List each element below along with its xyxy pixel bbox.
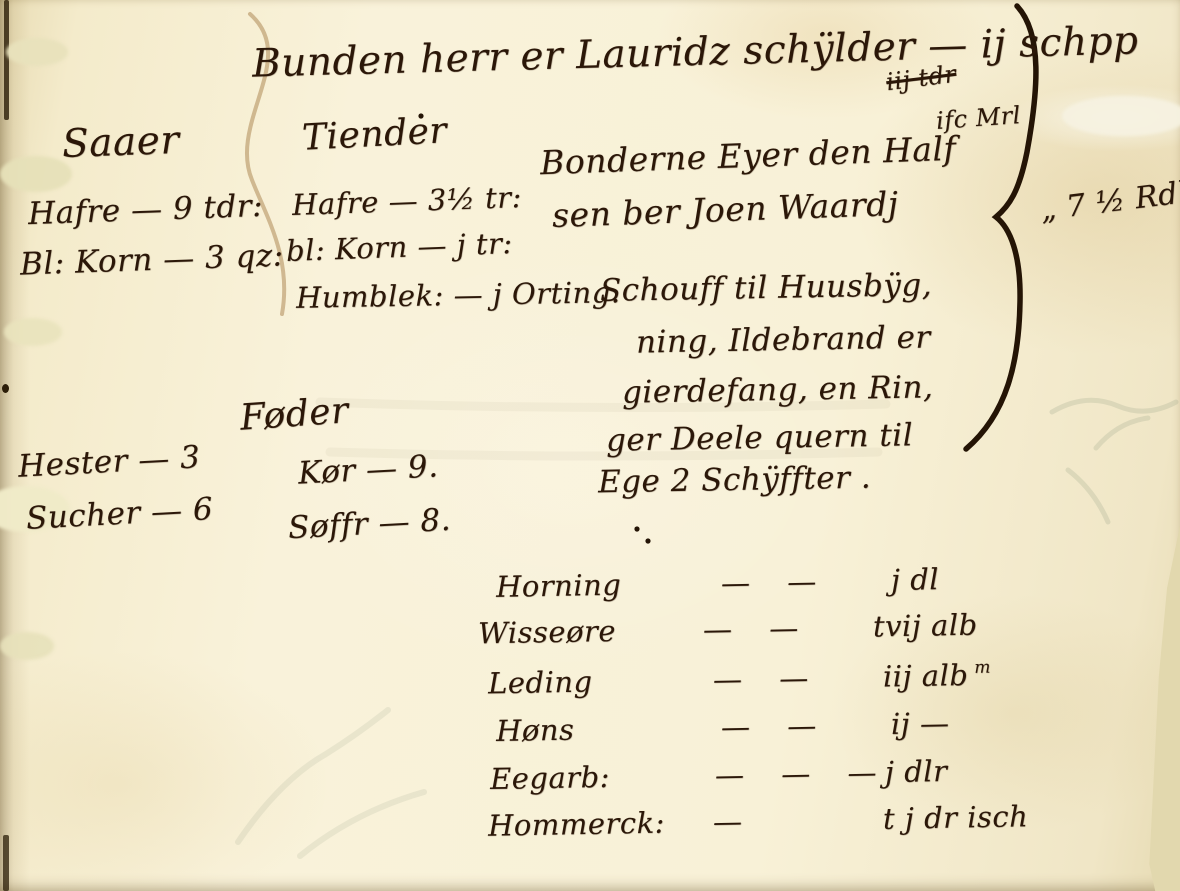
- forest-note-line: gierdefang, en Rin,: [622, 369, 934, 410]
- dues-value: j dl: [891, 562, 940, 597]
- forest-note-line: Schouff til Huusbÿg,: [600, 267, 933, 309]
- dues-value: j dlr: [885, 754, 948, 789]
- paper-patch: [0, 156, 72, 192]
- dues-label: Høns: [496, 710, 722, 748]
- dues-dashes: —: [713, 802, 884, 839]
- item-label: Bl: Korn: [19, 242, 153, 283]
- item-value: j tr:: [456, 226, 513, 262]
- dues-dashes: — —: [713, 659, 884, 696]
- feed-item: Kør — 9.: [297, 448, 439, 491]
- item-label: Hafre: [291, 185, 379, 222]
- dash: —: [365, 450, 398, 488]
- dash: —: [130, 191, 163, 228]
- tithe-item: Humblek: — j Orting.: [296, 275, 621, 315]
- paper-patch: [6, 38, 68, 66]
- dues-dashes: — —: [721, 707, 892, 744]
- dues-label: Hommerck:: [488, 805, 714, 843]
- item-value: 9.: [407, 448, 439, 486]
- dues-value-superscript: m: [974, 658, 991, 678]
- dues-dashes: — —: [721, 563, 892, 600]
- dash: —: [453, 278, 483, 313]
- paper-patch: [4, 318, 62, 346]
- item-value: 3 qz:: [204, 237, 284, 276]
- item-label: bl: Korn: [285, 230, 408, 268]
- item-label: Søffr: [287, 506, 369, 546]
- dues-value: t j dr isch: [883, 799, 1029, 836]
- forest-note-line: Ege 2 Schÿffter .: [598, 460, 872, 501]
- binding-shadow: [0, 0, 30, 891]
- item-value: 9 tdr:: [172, 188, 263, 227]
- dash: —: [378, 504, 411, 542]
- dues-dashes: — — —: [715, 755, 886, 792]
- item-value: 6: [192, 491, 214, 528]
- section-heading-tiender: Tiender: [301, 110, 448, 159]
- section-heading-foeder: Føder: [239, 390, 350, 438]
- dash: —: [163, 241, 196, 278]
- item-label: Humblek:: [296, 278, 444, 315]
- ink-speck: [2, 384, 9, 393]
- dash: —: [417, 228, 448, 263]
- dues-label: Horning: [496, 566, 722, 604]
- paper-patch: [0, 632, 54, 660]
- forest-note-line: ning, Ildebrand er: [636, 319, 931, 360]
- dues-value: iij alb: [883, 658, 969, 693]
- scanned-manuscript: { "document": { "kind": "Handwritten man…: [0, 0, 1180, 891]
- paper-highlight: [1062, 96, 1180, 136]
- item-label: Hester: [17, 443, 129, 485]
- dash: —: [150, 493, 183, 531]
- dues-label: Leding: [488, 662, 714, 700]
- item-value: 3: [179, 439, 201, 476]
- item-value: 8.: [419, 502, 451, 540]
- item-label: Hafre: [27, 193, 121, 232]
- item-label: Sucher: [25, 495, 141, 537]
- dues-label: Eegarb:: [490, 758, 716, 796]
- binding-ink-mark: [3, 835, 9, 891]
- dues-dashes: — —: [703, 609, 874, 646]
- dash: —: [388, 184, 419, 219]
- forest-note-line: ger Deele quern til: [606, 417, 914, 458]
- dash: —: [137, 441, 170, 479]
- item-value: 3½ tr:: [427, 180, 522, 217]
- dues-value: ij —: [891, 706, 950, 741]
- item-label: Kør: [297, 453, 356, 492]
- dues-label: Wisseøre: [478, 612, 704, 650]
- section-heading-saaer: Saaer: [61, 118, 180, 167]
- binding-ink-mark: [4, 0, 9, 120]
- dues-value: tvij alb: [873, 608, 978, 644]
